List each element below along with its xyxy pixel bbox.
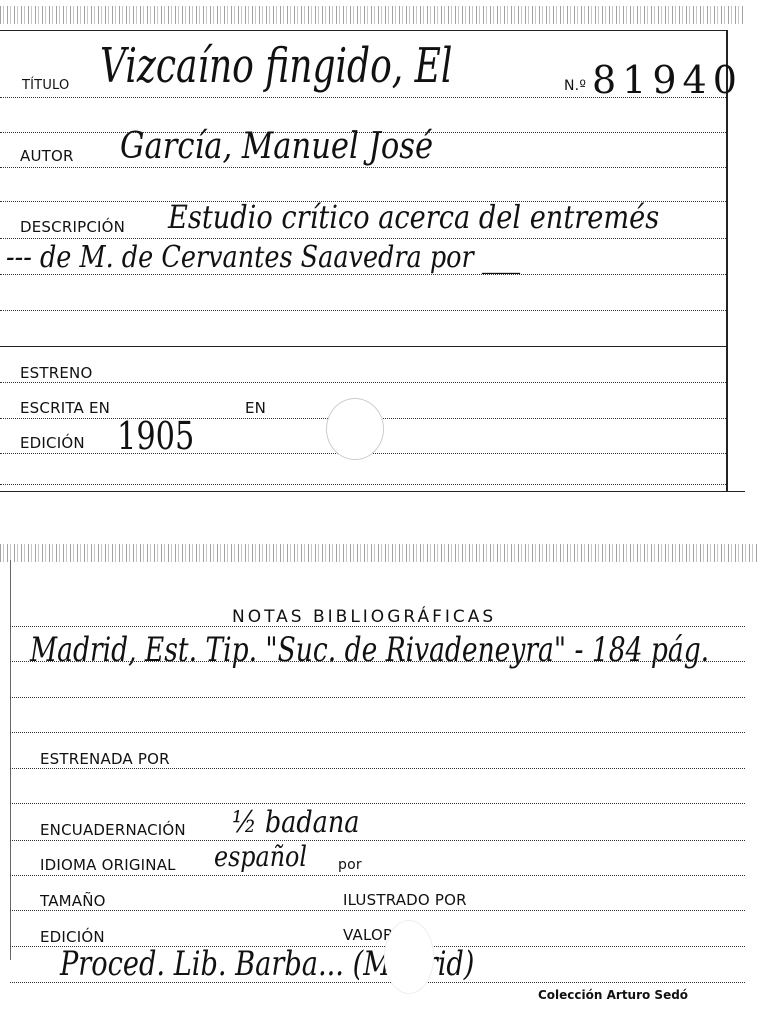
idioma-original-label: IDIOMA ORIGINAL (40, 856, 176, 874)
idioma-original-value: español (214, 840, 307, 873)
notas-value-line1: Madrid, Est. Tip. "Suc. de Rivadeneyra" … (30, 630, 709, 670)
encuadernacion-value: ½ badana (232, 805, 360, 840)
por-label: por (338, 857, 362, 873)
catalog-card-back: NOTAS BIBLIOGRÁFICAS Madrid, Est. Tip. "… (0, 0, 759, 1028)
notas-line-3 (10, 697, 745, 698)
estrenada-por-line (10, 768, 745, 769)
tamano-line (10, 910, 745, 911)
notas-line-2 (10, 661, 745, 662)
encuadernacion-line (10, 840, 745, 841)
ilustrado-por-label: ILUSTRADO POR (343, 891, 467, 909)
hole-punch-mark (384, 920, 434, 994)
tamano-label: TAMAÑO (40, 892, 106, 910)
estrenada-por-label: ESTRENADA POR (40, 750, 170, 768)
collection-credit: Colección Arturo Sedó (538, 988, 688, 1002)
notas-line-4 (10, 732, 745, 733)
encuadernacion-label: ENCUADERNACIÓN (40, 821, 186, 839)
notas-heading: NOTAS BIBLIOGRÁFICAS (232, 607, 496, 627)
card-left-border (10, 560, 11, 960)
procedencia-line (10, 982, 745, 983)
idioma-line (10, 875, 745, 876)
blank-line (10, 803, 745, 804)
notas-line (10, 626, 745, 627)
